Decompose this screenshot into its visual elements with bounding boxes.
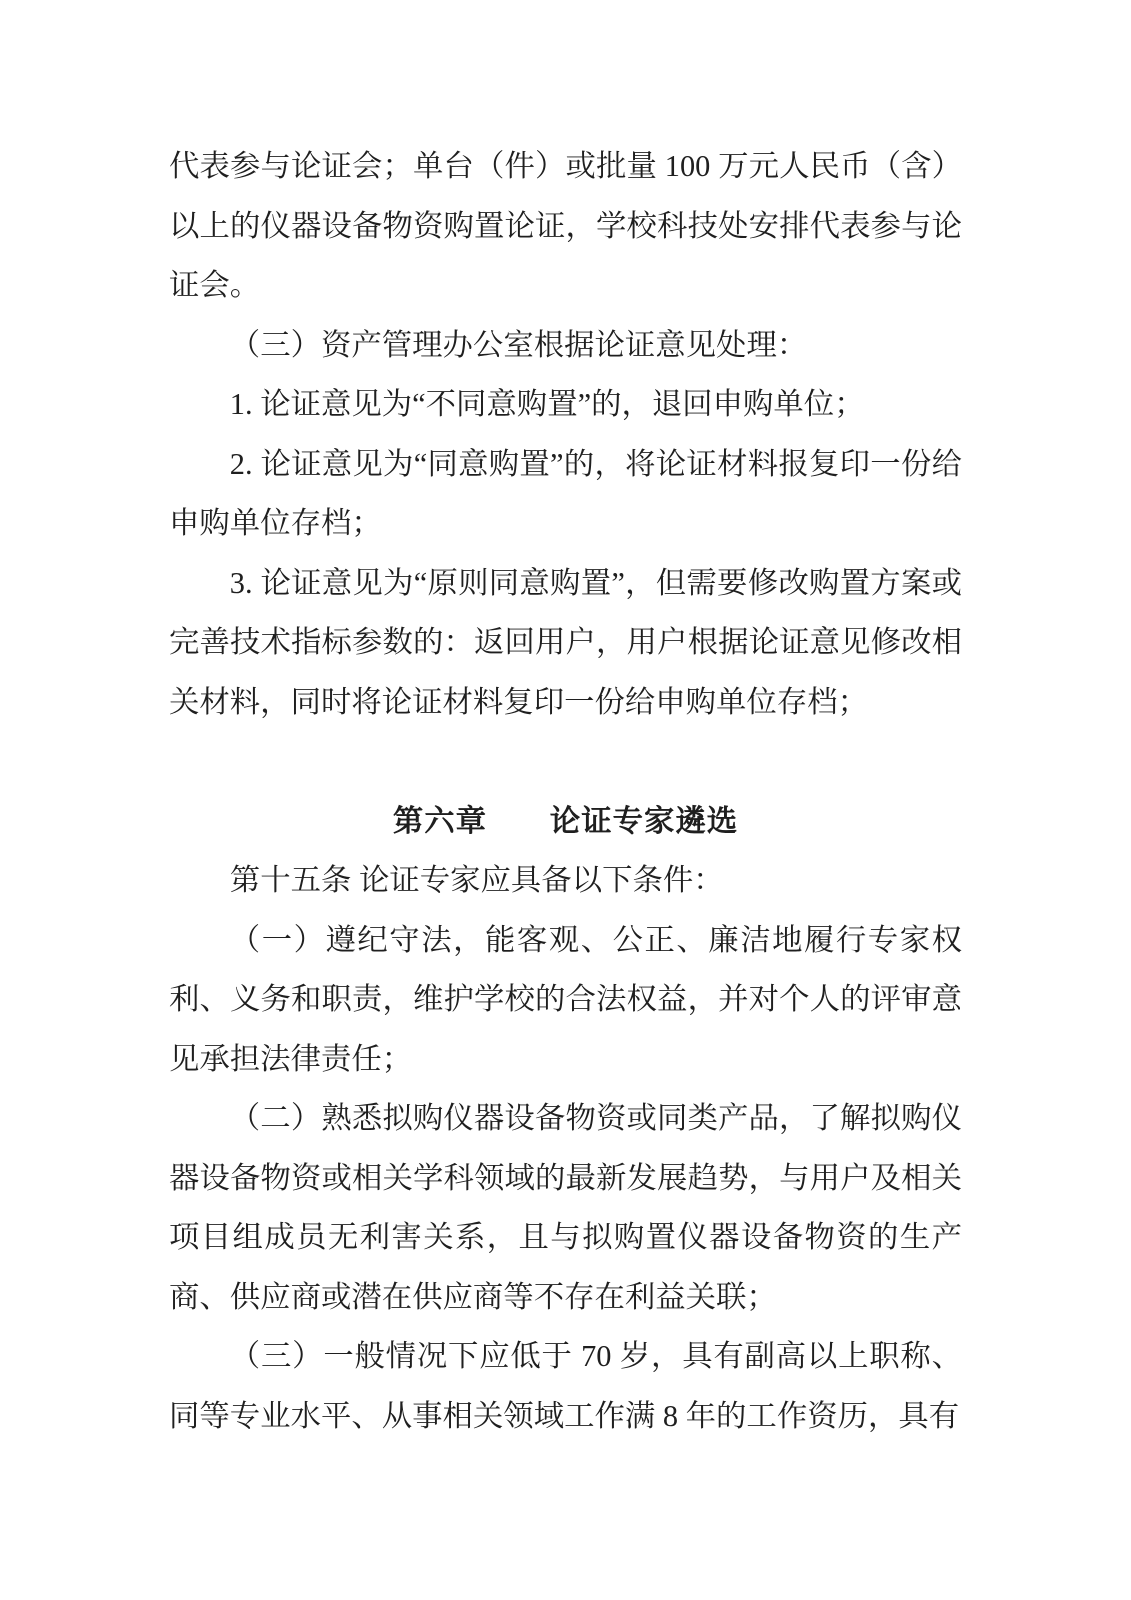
paragraph-condition-er: （二）熟悉拟购仪器设备物资或同类产品，了解拟购仪器设备物资或相关学科领域的最新发… bbox=[169, 1089, 962, 1327]
chapter-heading-chapter-6: 第六章 论证专家遴选 bbox=[169, 792, 962, 852]
document-page: 代表参与论证会；单台（件）或批量 100 万元人民币（含）以上的仪器设备物资购置… bbox=[0, 0, 1131, 1600]
list-item-1-disagree: 1. 论证意见为“不同意购置”的，退回申购单位； bbox=[169, 375, 962, 435]
paragraph-article-15: 第十五条 论证专家应具备以下条件： bbox=[169, 851, 962, 911]
list-item-3-agree-in-principle: 3. 论证意见为“原则同意购置”，但需要修改购置方案或完善技术指标参数的：返回用… bbox=[169, 554, 962, 733]
paragraph-continuation: 代表参与论证会；单台（件）或批量 100 万元人民币（含）以上的仪器设备物资购置… bbox=[169, 137, 962, 316]
list-item-2-agree: 2. 论证意见为“同意购置”的，将论证材料报复印一份给申购单位存档； bbox=[169, 435, 962, 554]
paragraph-item-san-handling: （三）资产管理办公室根据论证意见处理： bbox=[169, 316, 962, 376]
paragraph-condition-san: （三）一般情况下应低于 70 岁，具有副高以上职称、同等专业水平、从事相关领域工… bbox=[169, 1327, 962, 1446]
paragraph-condition-yi: （一）遵纪守法，能客观、公正、廉洁地履行专家权利、义务和职责，维护学校的合法权益… bbox=[169, 911, 962, 1090]
